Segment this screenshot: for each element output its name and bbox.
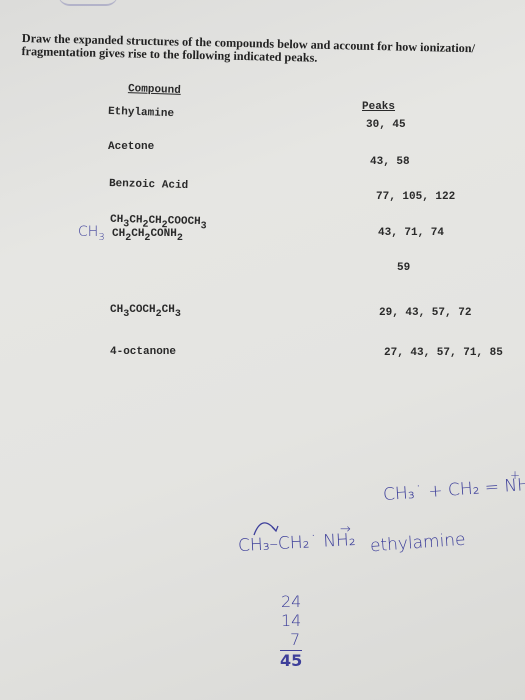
handwritten-products: CH₃˙ + CH₂ = NH: [382, 475, 525, 505]
compound-butanamide: CH2CH2CONH2: [112, 228, 183, 244]
peaks-acetone: 43, 58: [370, 156, 410, 168]
compound-benzoic-acid: Benzoic Acid: [109, 178, 189, 192]
handwritten-label-ethylamine: ethylamine: [369, 530, 466, 557]
handwritten-ch3-prefix: CH3: [78, 224, 105, 243]
handwritten-charge: +: [510, 468, 520, 482]
faint-handwriting-top: [58, 0, 118, 6]
instructions: Draw the expanded structures of the comp…: [21, 32, 475, 68]
peaks-butanamide: 59: [397, 262, 410, 274]
compound-ethylamine: Ethylamine: [108, 106, 174, 120]
compound-butanone: CH3COCH2CH3: [110, 304, 181, 320]
peaks-methyl-butanoate: 43, 71, 74: [378, 227, 444, 239]
peaks-benzoic-acid: 77, 105, 122: [376, 191, 455, 203]
compound-acetone: Acetone: [108, 141, 154, 153]
handwritten-sum: 24 14 7 45: [280, 592, 302, 670]
peaks-butanone: 29, 43, 57, 72: [379, 307, 471, 319]
header-compound: Compound: [128, 83, 181, 97]
peaks-ethylamine: 30, 45: [366, 119, 406, 131]
reaction-arrow-icon: →: [340, 522, 351, 537]
peaks-4-octanone: 27, 43, 57, 71, 85: [384, 347, 503, 359]
compound-4-octanone: 4-octanone: [110, 346, 176, 358]
header-peaks: Peaks: [362, 101, 395, 113]
